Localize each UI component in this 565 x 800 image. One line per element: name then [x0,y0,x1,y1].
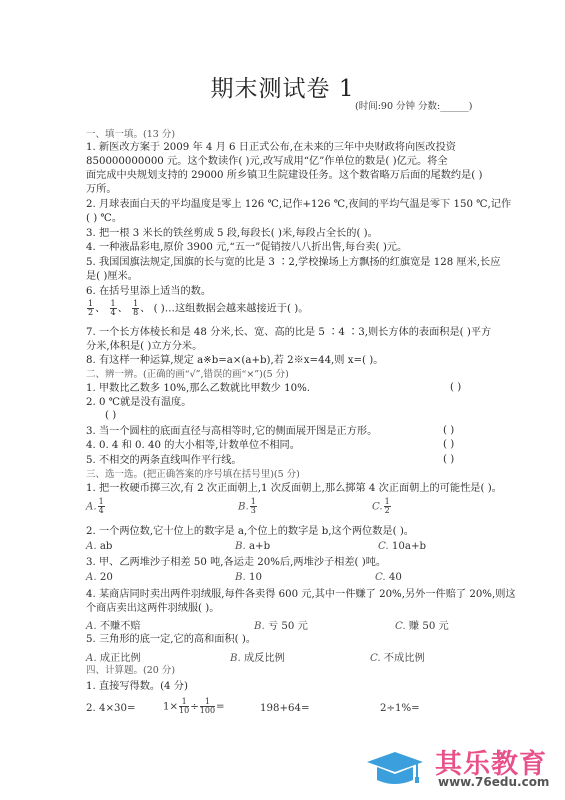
exam-page: 期末测试卷 1 (时间:90 分钟 分数:______) 一、填一填。(13 分… [0,0,565,800]
exam-meta: (时间:90 分钟 分数:______) [355,98,472,112]
choice-q5: 5. 三角形的底一定,它的高和面积( )。 [86,633,256,646]
q1-line-1: 1. 新医改方案于 2009 年 4 月 6 日正式公布,在未来的三年中央财政将… [86,141,456,154]
choice-q2-option-b: B. a+b [235,541,270,552]
choice-q4-line-1: 4. 某商店同时卖出两件羽绒服,每件各卖得 600 元,其中一件赚了 20%,另… [86,588,516,601]
q5-line-1: 5. 我国国旗法规定,国旗的长与宽的比是 3 ∶2,学校操场上方飘扬的红旗宽是 … [86,256,500,269]
choice-q5-option-a: A. 成正比例 [86,649,141,664]
q3-line: 3. 把一根 3 米长的铁丝剪成 5 段,每段长( )米,每段占全长的( )。 [86,227,378,240]
q7-line-1: 7. 一个长方体棱长和是 48 分米,长、宽、高的比是 5 ∶4 ∶3,则长方体… [86,326,491,339]
judge-item-5: 5. 不相交的两条直线叫作平行线。 [86,454,242,467]
calc-2: 1×110÷1100= [163,698,225,715]
choice-q3-option-a: A. 20 [86,572,113,583]
choice-q4-line-2: 个商店卖出这两件羽绒服( )。 [86,602,219,615]
choice-q5-option-b: B. 成反比例 [230,649,285,664]
q2-line-2: ( ) ℃。 [86,212,122,225]
fraction: 18 [132,300,139,317]
judge-item-4: 4. 0. 4 和 0. 40 的大小相等,计数单位不相同。 [86,439,300,452]
section-3-heading: 三、选一选。(把正确答案的序号填在括号里)(5 分) [86,468,300,481]
choice-q3: 3. 甲、乙两堆沙子相差 50 吨,各运走 20%后,两堆沙子相差( )吨。 [86,556,386,569]
choice-q4-option-c: C. 赚 50 元 [395,617,449,632]
choice-q2-option-c: C. 10a+b [378,541,426,552]
choice-q1-option-a: A.14 [86,498,106,515]
choice-q2-option-a: A. ab [86,541,112,552]
graduation-cap-icon [365,748,427,788]
judge-answer-5: ( ) [443,454,454,465]
q6-tail: ( )…这组数据会越来越接近于( )。 [154,304,309,315]
choice-q1-option-c: C.12 [372,498,392,515]
choice-q3-option-c: C. 40 [375,572,402,583]
choice-q1-option-b: B.13 [238,498,258,515]
fraction: 12 [87,300,94,317]
calc-4: 2÷1%= [380,703,420,714]
q6-line-1: 6. 在括号里添上适当的数。 [86,285,211,298]
judge-item-3: 3. 当一个圆柱的底面直径与高相等时,它的侧面展开图是正方形。 [86,425,377,438]
judge-answer-2: ( ) [105,410,116,421]
calc-3: 198+64= [260,703,309,714]
fraction: 14 [110,300,117,317]
q6-sequence: 12、 14、 18、 ( )…这组数据会越来越接近于( )。 [86,300,308,317]
q4-line: 4. 一种液晶彩电,原价 3900 元,“五一”促销按八八折出售,每台卖( )元… [86,241,407,254]
page-title: 期末测试卷 1 [0,70,565,103]
section-4-heading: 四、计算题。(20 分) [86,664,175,677]
section-1-heading: 一、填一填。(13 分) [86,128,175,141]
q2-line-1: 2. 月球表面白天的平均温度是零上 126 ℃,记作+126 ℃,夜间的平均气温… [86,198,511,211]
judge-answer-1: ( ) [450,382,461,393]
q7-line-2: 分米,体积是( )立方分米。 [86,340,202,353]
judge-item-1: 1. 甲数比乙数多 10%,那么乙数就比甲数少 10%. [86,382,310,395]
judge-answer-3: ( ) [443,425,454,436]
choice-q3-option-b: B. 10 [235,572,262,583]
q5-line-2: 是( )厘米。 [86,270,138,283]
choice-q4-option-b: B. 亏 50 元 [254,617,308,632]
judge-item-2: 2. 0 ℃就是没有温度。 [86,396,191,409]
q8-line: 8. 有这样一种运算,规定 a※b=a×(a+b),若 2※x=44,则 x=(… [86,354,383,367]
brand-url: www.76edu.com [438,775,549,789]
judge-answer-4: ( ) [443,439,454,450]
choice-q2: 2. 一个两位数,它十位上的数字是 a,个位上的数字是 b,这个两位数是( )。 [86,525,414,538]
choice-q4-option-a: A. 不赚不赔 [86,617,141,632]
choice-q1: 1. 把一枚硬币掷三次,有 2 次正面朝上,1 次反面朝上,那么掷第 4 次正面… [86,482,502,495]
q1-line-3: 面完成中央规划支持的 29000 所乡镇卫生院建设任务。这个数省略万后面的尾数约… [86,169,482,182]
section-2-heading: 二、辨一辨。(正确的画“√”,错误的画“×”)(5 分) [86,368,289,381]
watermark-logo: 其乐教育 www.76edu.com [365,740,565,795]
q1-line-4: 万所。 [86,183,117,196]
q1-line-2: 850000000000 元。这个数读作( )元,改写成用“亿”作单位的数是( … [86,155,448,168]
calc-sub-heading: 1. 直接写得数。(4 分) [86,680,188,693]
calc-1: 2. 4×30= [86,703,135,714]
choice-q5-option-c: C. 不成比例 [370,649,425,664]
